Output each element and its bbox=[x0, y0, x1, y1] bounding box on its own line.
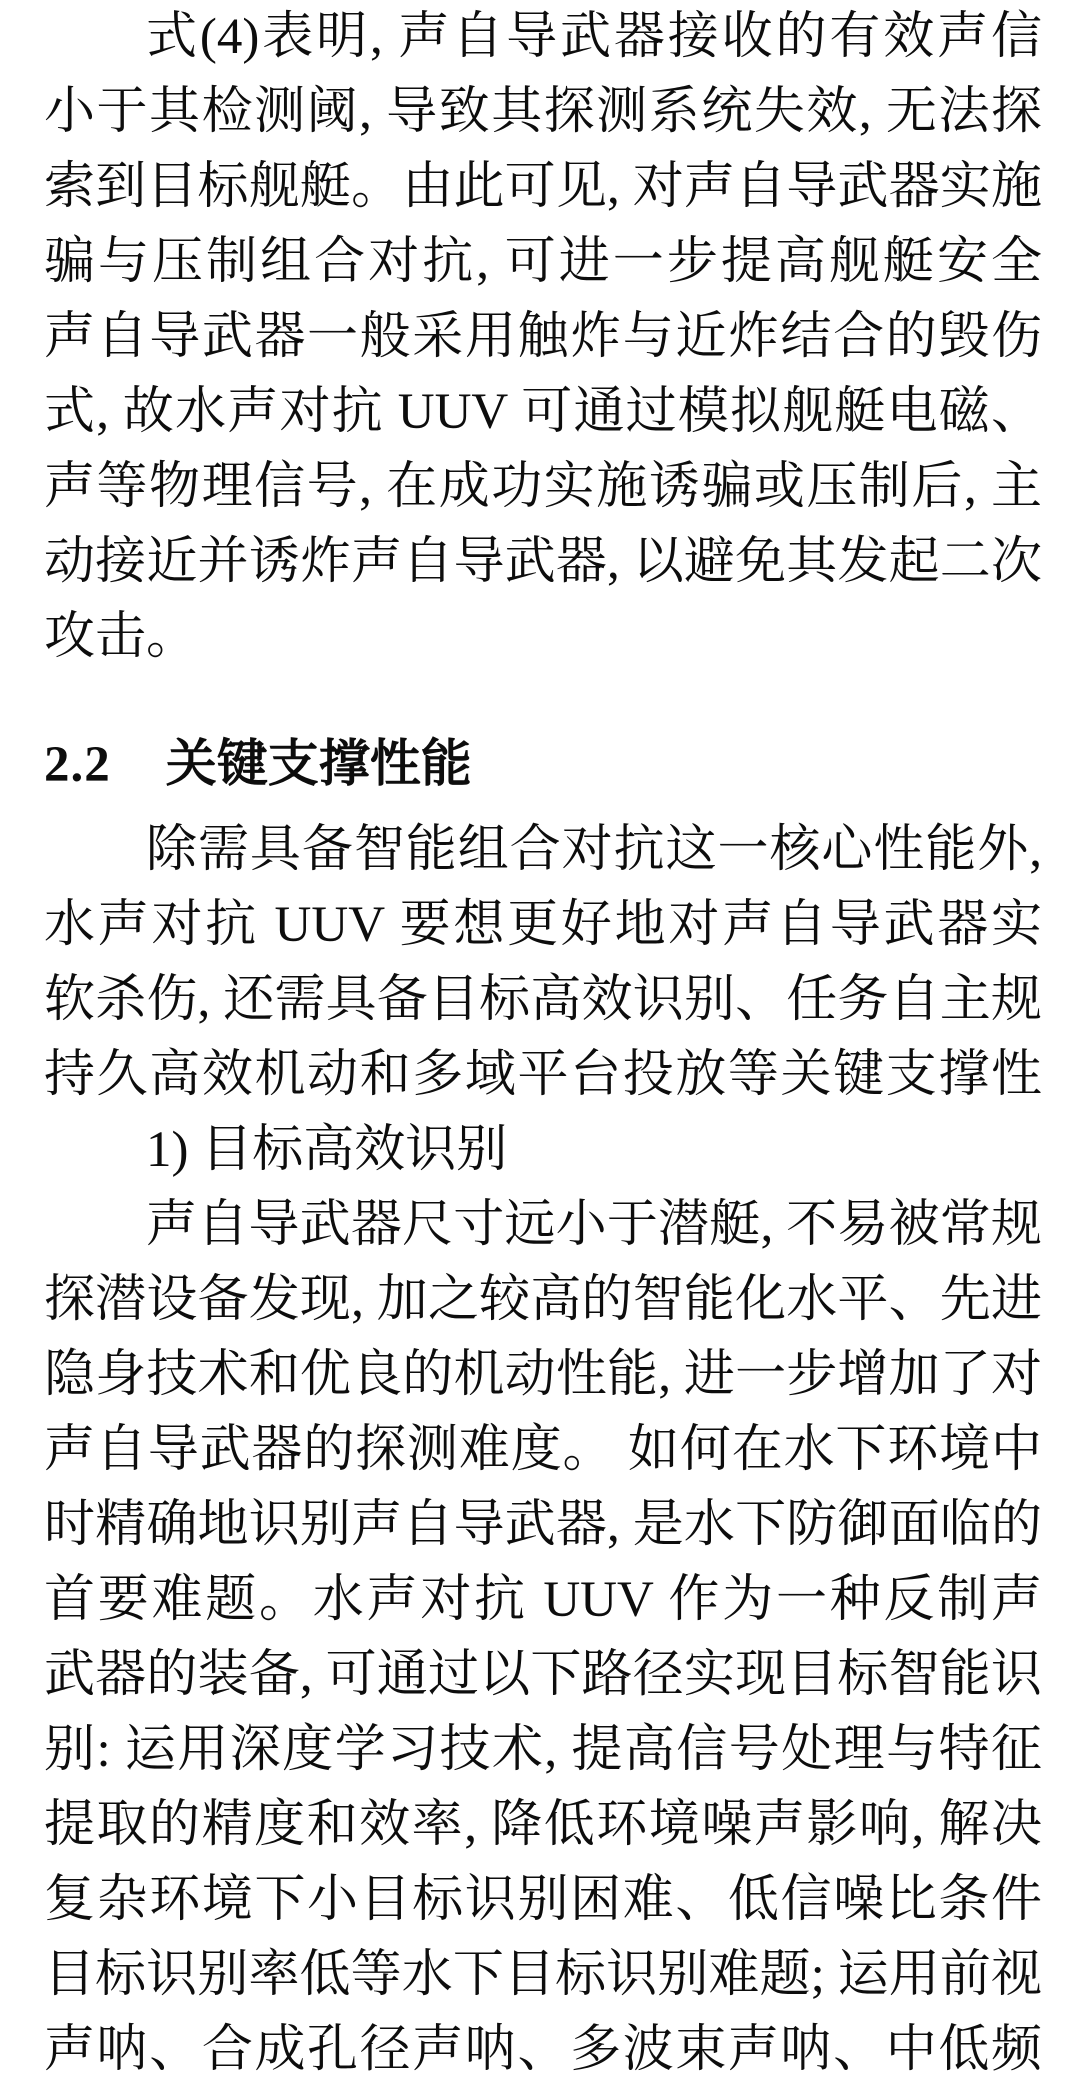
text-line: 水声对抗 UUV 要想更好地对声自导武器实施 bbox=[44, 888, 1042, 963]
text-line: 时精确地识别声自导武器, 是水下防御面临的 bbox=[44, 1488, 1042, 1563]
text-line: 式, 故水声对抗 UUV 可通过模拟舰艇电磁、水 bbox=[44, 375, 1042, 450]
paragraph-2: 除需具备智能组合对抗这一核心性能外,水声对抗 UUV 要想更好地对声自导武器实施… bbox=[44, 813, 1042, 2088]
text-line: 式(4)表明, 声自导武器接收的有效声信号 bbox=[44, 0, 1042, 75]
text-line: 目标识别率低等水下目标识别难题; 运用前视 bbox=[44, 1938, 1042, 2013]
text-line: 动接近并诱炸声自导武器, 以避免其发起二次 bbox=[44, 525, 1042, 600]
text-line: 声自导武器一般采用触炸与近炸结合的毁伤模 bbox=[44, 300, 1042, 375]
text-line: 别: 运用深度学习技术, 提高信号处理与特征 bbox=[44, 1713, 1042, 1788]
text-line: 小于其检测阈, 导致其探测系统失效, 无法探 bbox=[44, 75, 1042, 150]
text-line: 隐身技术和优良的机动性能, 进一步增加了对 bbox=[44, 1338, 1042, 1413]
text-line: 探潜设备发现, 加之较高的智能化水平、先进的 bbox=[44, 1263, 1042, 1338]
text-line: 骗与压制组合对抗, 可进一步提高舰艇安全性。 bbox=[44, 225, 1042, 300]
text-line: 复杂环境下小目标识别困难、低信噪比条件下 bbox=[44, 1863, 1042, 1938]
text-line: 除需具备智能组合对抗这一核心性能外, bbox=[44, 813, 1042, 888]
text-line: 声自导武器尺寸远小于潜艇, 不易被常规 bbox=[44, 1188, 1042, 1263]
text-line: 攻击。 bbox=[44, 600, 1042, 675]
article-body: 式(4)表明, 声自导武器接收的有效声信号小于其检测阈, 导致其探测系统失效, … bbox=[44, 0, 1042, 2088]
text-line: 声自导武器的探测难度。 如何在水下环境中实 bbox=[44, 1413, 1042, 1488]
text-line: 软杀伤, 还需具备目标高效识别、任务自主规划、 bbox=[44, 963, 1042, 1038]
text-line: 声等物理信号, 在成功实施诱骗或压制后, 主 bbox=[44, 450, 1042, 525]
text-line: 索到目标舰艇。由此可见, 对声自导武器实施诱 bbox=[44, 150, 1042, 225]
text-line: 提取的精度和效率, 降低环境噪声影响, 解决 bbox=[44, 1788, 1042, 1863]
text-line: 持久高效机动和多域平台投放等关键支撑性能。 bbox=[44, 1038, 1042, 1113]
text-line: 1) 目标高效识别 bbox=[44, 1113, 1042, 1188]
text-line: 声呐、合成孔径声呐、多波束声呐、中低频被 bbox=[44, 2013, 1042, 2088]
text-line: 武器的装备, 可通过以下路径实现目标智能识 bbox=[44, 1638, 1042, 1713]
document-page: 式(4)表明, 声自导武器接收的有效声信号小于其检测阈, 导致其探测系统失效, … bbox=[0, 0, 1080, 2099]
text-line: 首要难题。水声对抗 UUV 作为一种反制声自导 bbox=[44, 1563, 1042, 1638]
section-title: 关键支撑性能 bbox=[166, 737, 472, 793]
section-heading: 2.2关键支撑性能 bbox=[44, 728, 1042, 803]
section-number: 2.2 bbox=[44, 728, 111, 803]
paragraph-1: 式(4)表明, 声自导武器接收的有效声信号小于其检测阈, 导致其探测系统失效, … bbox=[44, 0, 1042, 675]
